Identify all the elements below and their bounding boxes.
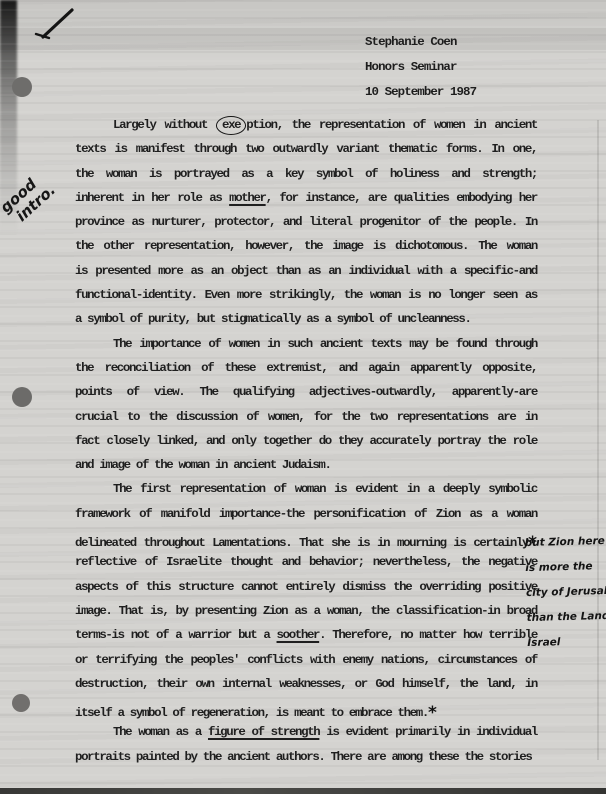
typed-text: or terrifying the peoples' conflicts wit… bbox=[75, 653, 537, 667]
typed-line: and image of the woman in ancient Judais… bbox=[75, 458, 537, 482]
typed-text: fact closely linked, and only together d… bbox=[75, 434, 537, 448]
typed-text: points of view. The qualifying adjective… bbox=[75, 385, 537, 399]
handwritten-asterisk: * bbox=[428, 703, 437, 723]
typed-text: the other representation, however, the i… bbox=[75, 239, 537, 253]
underlined-text: figure of strength bbox=[208, 725, 319, 739]
typed-line: delineated throughout Lamentations. That… bbox=[75, 531, 537, 555]
hole-punch bbox=[12, 694, 30, 712]
typed-line: The first representation of woman is evi… bbox=[75, 482, 537, 506]
typed-text: The first representation of woman is evi… bbox=[113, 482, 537, 496]
typed-line: the other representation, however, the i… bbox=[75, 239, 537, 263]
typed-text: delineated throughout Lamentations. That… bbox=[75, 536, 528, 550]
handwritten-text: than the Land of bbox=[526, 604, 606, 631]
scan-bottom-edge bbox=[0, 788, 606, 794]
typed-text: functional-identity. Even more strikingl… bbox=[75, 288, 537, 302]
essay-date: 10 September 1987 bbox=[365, 80, 476, 105]
handwritten-text: Israel bbox=[527, 629, 606, 656]
typed-line: province as nurturer, protector, and lit… bbox=[75, 215, 537, 239]
typed-line: reflective of Israelite thought and beha… bbox=[75, 555, 537, 579]
typed-line: points of view. The qualifying adjective… bbox=[75, 385, 537, 409]
typed-line: terms-is not of a warrior but a soother.… bbox=[75, 628, 537, 652]
typed-text: the reconciliation of these extremist, a… bbox=[75, 361, 537, 375]
scan-streak bbox=[0, 28, 606, 50]
paragraph-3: The first representation of woman is evi… bbox=[75, 482, 537, 725]
essay-header: Stephanie Coen Honors Seminar 10 Septemb… bbox=[365, 30, 476, 105]
handwritten-text: city of Jerusalem bbox=[526, 579, 606, 606]
typed-text: , for instance, are qualities embodying … bbox=[266, 191, 537, 205]
paragraph-2: The importance of women in such ancient … bbox=[75, 337, 537, 483]
typed-line: The importance of women in such ancient … bbox=[75, 337, 537, 361]
typed-line: or terrifying the peoples' conflicts wit… bbox=[75, 653, 537, 677]
typed-line: framework of manifold importance-the per… bbox=[75, 507, 537, 531]
typed-line: itself a symbol of regeneration, is mean… bbox=[75, 701, 537, 725]
hole-punch bbox=[12, 387, 32, 407]
typed-text: texts is manifest through two outwardly … bbox=[75, 142, 537, 156]
typed-text: The woman as a bbox=[113, 725, 208, 739]
typed-text: The importance of women in such ancient … bbox=[113, 337, 537, 351]
author-name: Stephanie Coen bbox=[365, 30, 476, 55]
typed-line: portraits painted by the ancient authors… bbox=[75, 750, 537, 774]
margin-note-zion: but Zion here is more the city of Jerusa… bbox=[524, 529, 606, 656]
scanned-essay-page: Stephanie Coen Honors Seminar 10 Septemb… bbox=[0, 0, 606, 794]
typed-line: texts is manifest through two outwardly … bbox=[75, 142, 537, 166]
paragraph-4: The woman as a figure of strength is evi… bbox=[75, 725, 537, 774]
circled-text: exe bbox=[216, 116, 246, 135]
typed-line: crucial to the discussion of women, for … bbox=[75, 410, 537, 434]
hole-punch bbox=[12, 77, 32, 97]
typed-line: inherent in her role as mother, for inst… bbox=[75, 191, 537, 215]
scan-fold-line bbox=[597, 120, 599, 760]
typed-line: aspects of this structure cannot entirel… bbox=[75, 580, 537, 604]
typed-text: framework of manifold importance-the per… bbox=[75, 507, 537, 521]
typed-text: crucial to the discussion of women, for … bbox=[75, 410, 537, 424]
typed-text: itself a symbol of regeneration, is mean… bbox=[75, 706, 428, 720]
paragraph-1: Largely without exeption, the representa… bbox=[75, 118, 537, 337]
typed-text: a symbol of purity, but stigmatically as… bbox=[75, 312, 471, 326]
typed-text: image. That is, by presenting Zion as a … bbox=[75, 604, 537, 618]
typed-line: fact closely linked, and only together d… bbox=[75, 434, 537, 458]
typed-line: a symbol of purity, but stigmatically as… bbox=[75, 312, 537, 336]
typed-text: . Therefore, no matter how terrible bbox=[319, 628, 537, 642]
typed-line: the reconciliation of these extremist, a… bbox=[75, 361, 537, 385]
typed-line: the woman is portrayed as a key symbol o… bbox=[75, 167, 537, 191]
typed-text: Largely without bbox=[113, 118, 216, 132]
typed-line: image. That is, by presenting Zion as a … bbox=[75, 604, 537, 628]
typed-text: reflective of Israelite thought and beha… bbox=[75, 555, 537, 569]
typed-line: destruction, their own internal weakness… bbox=[75, 677, 537, 701]
typed-line: is presented more as an object than as a… bbox=[75, 264, 537, 288]
typed-line: functional-identity. Even more strikingl… bbox=[75, 288, 537, 312]
typed-text: the woman is portrayed as a key symbol o… bbox=[75, 167, 537, 181]
handwritten-text: is more the bbox=[525, 554, 606, 581]
typed-text: is presented more as an object than as a… bbox=[75, 264, 537, 278]
handwritten-text: but Zion here bbox=[524, 529, 605, 556]
essay-body: Largely without exeption, the representa… bbox=[75, 118, 537, 774]
grader-checkmark-icon bbox=[12, 2, 84, 54]
underlined-text: soother bbox=[277, 628, 320, 642]
typed-text: destruction, their own internal weakness… bbox=[75, 677, 537, 691]
typed-text: province as nurturer, protector, and lit… bbox=[75, 215, 537, 229]
typed-text: inherent in her role as bbox=[75, 191, 229, 205]
course-name: Honors Seminar bbox=[365, 55, 476, 80]
typed-text: ption, the representation of women in an… bbox=[246, 118, 537, 132]
typed-text: and image of the woman in ancient Judais… bbox=[75, 458, 331, 472]
typed-text: is evident primarily in individual bbox=[319, 725, 537, 739]
typed-text: portraits painted by the ancient authors… bbox=[75, 750, 531, 764]
underlined-text: mother bbox=[229, 191, 266, 205]
typed-line: The woman as a figure of strength is evi… bbox=[75, 725, 537, 749]
typed-line: Largely without exeption, the representa… bbox=[75, 118, 537, 142]
typed-text: terms-is not of a warrior but a bbox=[75, 628, 277, 642]
typed-text: aspects of this structure cannot entirel… bbox=[75, 580, 537, 594]
